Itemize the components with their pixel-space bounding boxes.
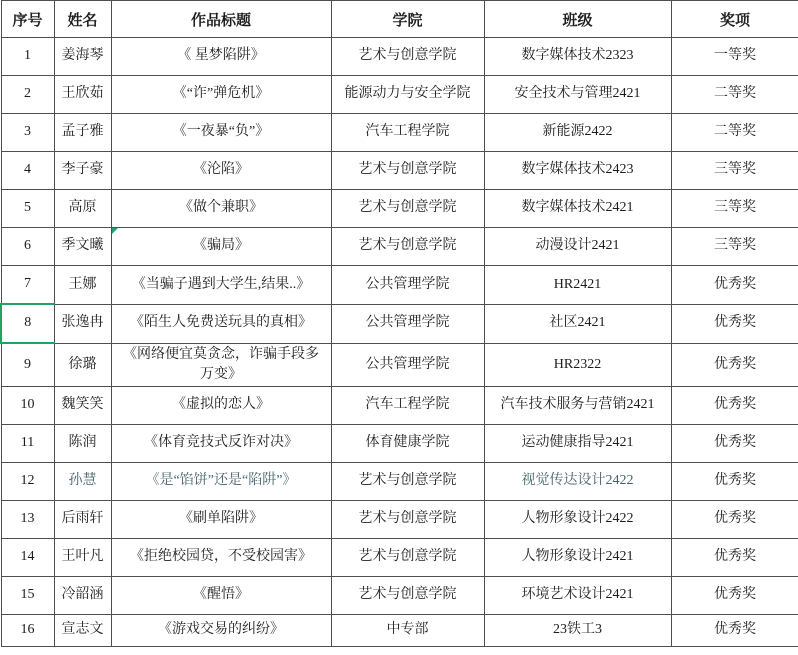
table-row: 15 冷韶涵 《醒悟》 艺术与创意学院 环境艺术设计2421 优秀奖 <box>1 577 798 615</box>
cell-index[interactable]: 4 <box>1 152 54 190</box>
cell-title-text: 《骗局》 <box>193 238 249 253</box>
cell-name[interactable]: 李子豪 <box>54 152 111 190</box>
cell-title-text: 《拒绝校园贷，不受校园害》 <box>130 549 312 564</box>
table-row: 14 王叶凡 《拒绝校园贷，不受校园害》 艺术与创意学院 人物形象设计2421 … <box>1 539 798 577</box>
col-header-title[interactable]: 作品标题 <box>111 1 331 38</box>
cell-title[interactable]: 《虚拟的恋人》 <box>111 387 331 425</box>
cell-title[interactable]: 《一夜暴“负”》 <box>111 114 331 152</box>
cell-college[interactable]: 公共管理学院 <box>331 304 484 343</box>
cell-title[interactable]: 《骗局》 <box>111 228 331 266</box>
cell-award[interactable]: 优秀奖 <box>671 463 798 501</box>
cell-class[interactable]: HR2421 <box>484 266 671 305</box>
cell-title[interactable]: 《“诈”弹危机》 <box>111 76 331 114</box>
cell-award[interactable]: 二等奖 <box>671 76 798 114</box>
cell-college[interactable]: 艺术与创意学院 <box>331 38 484 76</box>
table-row: 4 李子豪 《沦陷》 艺术与创意学院 数字媒体技术2423 三等奖 <box>1 152 798 190</box>
cell-college[interactable]: 艺术与创意学院 <box>331 577 484 615</box>
cell-title-text: 《游戏交易的纠纷》 <box>158 622 284 637</box>
cell-name[interactable]: 张逸冉 <box>54 304 111 343</box>
table-body: 1 姜海琴 《 星梦陷阱》 艺术与创意学院 数字媒体技术2323 一等奖 2 王… <box>1 38 798 647</box>
cell-award[interactable]: 优秀奖 <box>671 425 798 463</box>
cell-index[interactable]: 13 <box>1 501 54 539</box>
cell-class[interactable]: HR2322 <box>484 343 671 387</box>
cell-college[interactable]: 汽车工程学院 <box>331 114 484 152</box>
cell-title[interactable]: 《 星梦陷阱》 <box>111 38 331 76</box>
cell-index[interactable]: 16 <box>1 615 54 647</box>
col-header-name[interactable]: 姓名 <box>54 1 111 38</box>
cell-class[interactable]: 数字媒体技术2423 <box>484 152 671 190</box>
cell-class[interactable]: 汽车技术服务与营销2421 <box>484 387 671 425</box>
cell-class[interactable]: 新能源2422 <box>484 114 671 152</box>
table-row: 13 后雨轩 《刷单陷阱》 艺术与创意学院 人物形象设计2422 优秀奖 <box>1 501 798 539</box>
cell-college[interactable]: 艺术与创意学院 <box>331 463 484 501</box>
cell-college[interactable]: 汽车工程学院 <box>331 387 484 425</box>
cell-name[interactable]: 高原 <box>54 190 111 228</box>
table-row: 16 宣志文 《游戏交易的纠纷》 中专部 23铁工3 优秀奖 <box>1 615 798 647</box>
cell-college[interactable]: 艺术与创意学院 <box>331 190 484 228</box>
cell-college[interactable]: 艺术与创意学院 <box>331 539 484 577</box>
cell-title[interactable]: 《当骗子遇到大学生,结果..》 <box>111 266 331 305</box>
col-header-index[interactable]: 序号 <box>1 1 54 38</box>
cell-award[interactable]: 优秀奖 <box>671 387 798 425</box>
table-row: 8 张逸冉 《陌生人免费送玩具的真相》 公共管理学院 社区2421 优秀奖 <box>1 304 798 343</box>
cell-index[interactable]: 10 <box>1 387 54 425</box>
cell-class[interactable]: 环境艺术设计2421 <box>484 577 671 615</box>
cell-title-text: 《一夜暴“负”》 <box>173 124 269 139</box>
cell-index[interactable]: 7 <box>1 266 54 305</box>
cell-title[interactable]: 《做个兼职》 <box>111 190 331 228</box>
cell-class[interactable]: 安全技术与管理2421 <box>484 76 671 114</box>
cell-award[interactable]: 优秀奖 <box>671 343 798 387</box>
cell-college[interactable]: 艺术与创意学院 <box>331 152 484 190</box>
table-row: 2 王欣茹 《“诈”弹危机》 能源动力与安全学院 安全技术与管理2421 二等奖 <box>1 76 798 114</box>
cell-award[interactable]: 优秀奖 <box>671 304 798 343</box>
cell-name[interactable]: 姜海琴 <box>54 38 111 76</box>
cell-award[interactable]: 优秀奖 <box>671 266 798 305</box>
cell-title-text: 《沦陷》 <box>193 162 249 177</box>
cell-title[interactable]: 《醒悟》 <box>111 577 331 615</box>
cell-index[interactable]: 2 <box>1 76 54 114</box>
cell-index[interactable]: 14 <box>1 539 54 577</box>
cell-class[interactable]: 23铁工3 <box>484 615 671 647</box>
cell-name[interactable]: 冷韶涵 <box>54 577 111 615</box>
cell-college[interactable]: 公共管理学院 <box>331 266 484 305</box>
table-row: 6 季文曦 《骗局》 艺术与创意学院 动漫设计2421 三等奖 <box>1 228 798 266</box>
cell-name[interactable]: 孙慧 <box>54 463 111 501</box>
cell-name[interactable]: 孟子雅 <box>54 114 111 152</box>
cell-name[interactable]: 王欣茹 <box>54 76 111 114</box>
cell-award[interactable]: 优秀奖 <box>671 539 798 577</box>
cell-class[interactable]: 社区2421 <box>484 304 671 343</box>
cell-award[interactable]: 一等奖 <box>671 38 798 76</box>
cell-title-text: 《当骗子遇到大学生,结果..》 <box>132 277 311 292</box>
table-row: 1 姜海琴 《 星梦陷阱》 艺术与创意学院 数字媒体技术2323 一等奖 <box>1 38 798 76</box>
cell-index[interactable]: 8 <box>1 304 54 343</box>
cell-index[interactable]: 15 <box>1 577 54 615</box>
cell-name[interactable]: 王叶凡 <box>54 539 111 577</box>
cell-index[interactable]: 11 <box>1 425 54 463</box>
cell-name[interactable]: 后雨轩 <box>54 501 111 539</box>
cell-index[interactable]: 12 <box>1 463 54 501</box>
table-row: 3 孟子雅 《一夜暴“负”》 汽车工程学院 新能源2422 二等奖 <box>1 114 798 152</box>
table-row: 10 魏笑笑 《虚拟的恋人》 汽车工程学院 汽车技术服务与营销2421 优秀奖 <box>1 387 798 425</box>
table-row: 7 王娜 《当骗子遇到大学生,结果..》 公共管理学院 HR2421 优秀奖 <box>1 266 798 305</box>
col-header-college[interactable]: 学院 <box>331 1 484 38</box>
cell-title[interactable]: 《网络便宜莫贪念，诈骗手段多万变》 <box>111 343 331 387</box>
cell-award[interactable]: 优秀奖 <box>671 615 798 647</box>
cell-name[interactable]: 魏笑笑 <box>54 387 111 425</box>
cell-college[interactable]: 体育健康学院 <box>331 425 484 463</box>
cell-title[interactable]: 《拒绝校园贷，不受校园害》 <box>111 539 331 577</box>
cell-class[interactable]: 人物形象设计2421 <box>484 539 671 577</box>
cell-title-text: 《是“馅饼”还是“陷阱”》 <box>146 473 297 488</box>
cell-title[interactable]: 《体育竞技式反诈对决》 <box>111 425 331 463</box>
cell-name[interactable]: 季文曦 <box>54 228 111 266</box>
cell-title-text: 《网络便宜莫贪念，诈骗手段多万变》 <box>123 347 319 382</box>
cell-title[interactable]: 《陌生人免费送玩具的真相》 <box>111 304 331 343</box>
cell-college[interactable]: 公共管理学院 <box>331 343 484 387</box>
cell-index[interactable]: 5 <box>1 190 54 228</box>
cell-title-text: 《做个兼职》 <box>179 200 263 215</box>
col-header-award[interactable]: 奖项 <box>671 1 798 38</box>
cell-title-text: 《陌生人免费送玩具的真相》 <box>130 315 312 330</box>
cell-award[interactable]: 三等奖 <box>671 152 798 190</box>
cell-class[interactable]: 动漫设计2421 <box>484 228 671 266</box>
cell-award[interactable]: 优秀奖 <box>671 577 798 615</box>
cell-class[interactable]: 视觉传达设计2422 <box>484 463 671 501</box>
cell-title-text: 《醒悟》 <box>193 587 249 602</box>
cell-index[interactable]: 6 <box>1 228 54 266</box>
cell-class[interactable]: 数字媒体技术2323 <box>484 38 671 76</box>
table-row: 12 孙慧 《是“馅饼”还是“陷阱”》 艺术与创意学院 视觉传达设计2422 优… <box>1 463 798 501</box>
cell-award[interactable]: 三等奖 <box>671 228 798 266</box>
cell-class[interactable]: 人物形象设计2422 <box>484 501 671 539</box>
cell-title[interactable]: 《刷单陷阱》 <box>111 501 331 539</box>
cell-index[interactable]: 3 <box>1 114 54 152</box>
cell-index[interactable]: 1 <box>1 38 54 76</box>
table-row: 5 高原 《做个兼职》 艺术与创意学院 数字媒体技术2421 三等奖 <box>1 190 798 228</box>
col-header-class[interactable]: 班级 <box>484 1 671 38</box>
cell-college[interactable]: 艺术与创意学院 <box>331 501 484 539</box>
cell-index[interactable]: 9 <box>1 343 54 387</box>
cell-title[interactable]: 《沦陷》 <box>111 152 331 190</box>
cell-title-text: 《虚拟的恋人》 <box>172 397 270 412</box>
cell-name[interactable]: 陈润 <box>54 425 111 463</box>
cell-award[interactable]: 优秀奖 <box>671 501 798 539</box>
table-row: 9 徐璐 《网络便宜莫贪念，诈骗手段多万变》 公共管理学院 HR2322 优秀奖 <box>1 343 798 387</box>
table-row: 11 陈润 《体育竞技式反诈对决》 体育健康学院 运动健康指导2421 优秀奖 <box>1 425 798 463</box>
cell-title[interactable]: 《游戏交易的纠纷》 <box>111 615 331 647</box>
cell-college[interactable]: 中专部 <box>331 615 484 647</box>
cell-award[interactable]: 二等奖 <box>671 114 798 152</box>
cell-college[interactable]: 能源动力与安全学院 <box>331 76 484 114</box>
error-marker-icon <box>112 228 118 234</box>
cell-award[interactable]: 三等奖 <box>671 190 798 228</box>
cell-class[interactable]: 数字媒体技术2421 <box>484 190 671 228</box>
cell-class[interactable]: 运动健康指导2421 <box>484 425 671 463</box>
cell-college[interactable]: 艺术与创意学院 <box>331 228 484 266</box>
cell-name[interactable]: 王娜 <box>54 266 111 305</box>
cell-title-text: 《 星梦陷阱》 <box>177 48 265 63</box>
cell-title-text: 《“诈”弹危机》 <box>173 86 269 101</box>
cell-title-text: 《刷单陷阱》 <box>179 511 263 526</box>
header-row: 序号 姓名 作品标题 学院 班级 奖项 <box>1 1 798 38</box>
awards-table: 序号 姓名 作品标题 学院 班级 奖项 1 姜海琴 《 星梦陷阱》 艺术与创意学… <box>0 0 798 647</box>
cell-title-text: 《体育竞技式反诈对决》 <box>144 435 298 450</box>
cell-name[interactable]: 徐璐 <box>54 343 111 387</box>
cell-name[interactable]: 宣志文 <box>54 615 111 647</box>
cell-title[interactable]: 《是“馅饼”还是“陷阱”》 <box>111 463 331 501</box>
